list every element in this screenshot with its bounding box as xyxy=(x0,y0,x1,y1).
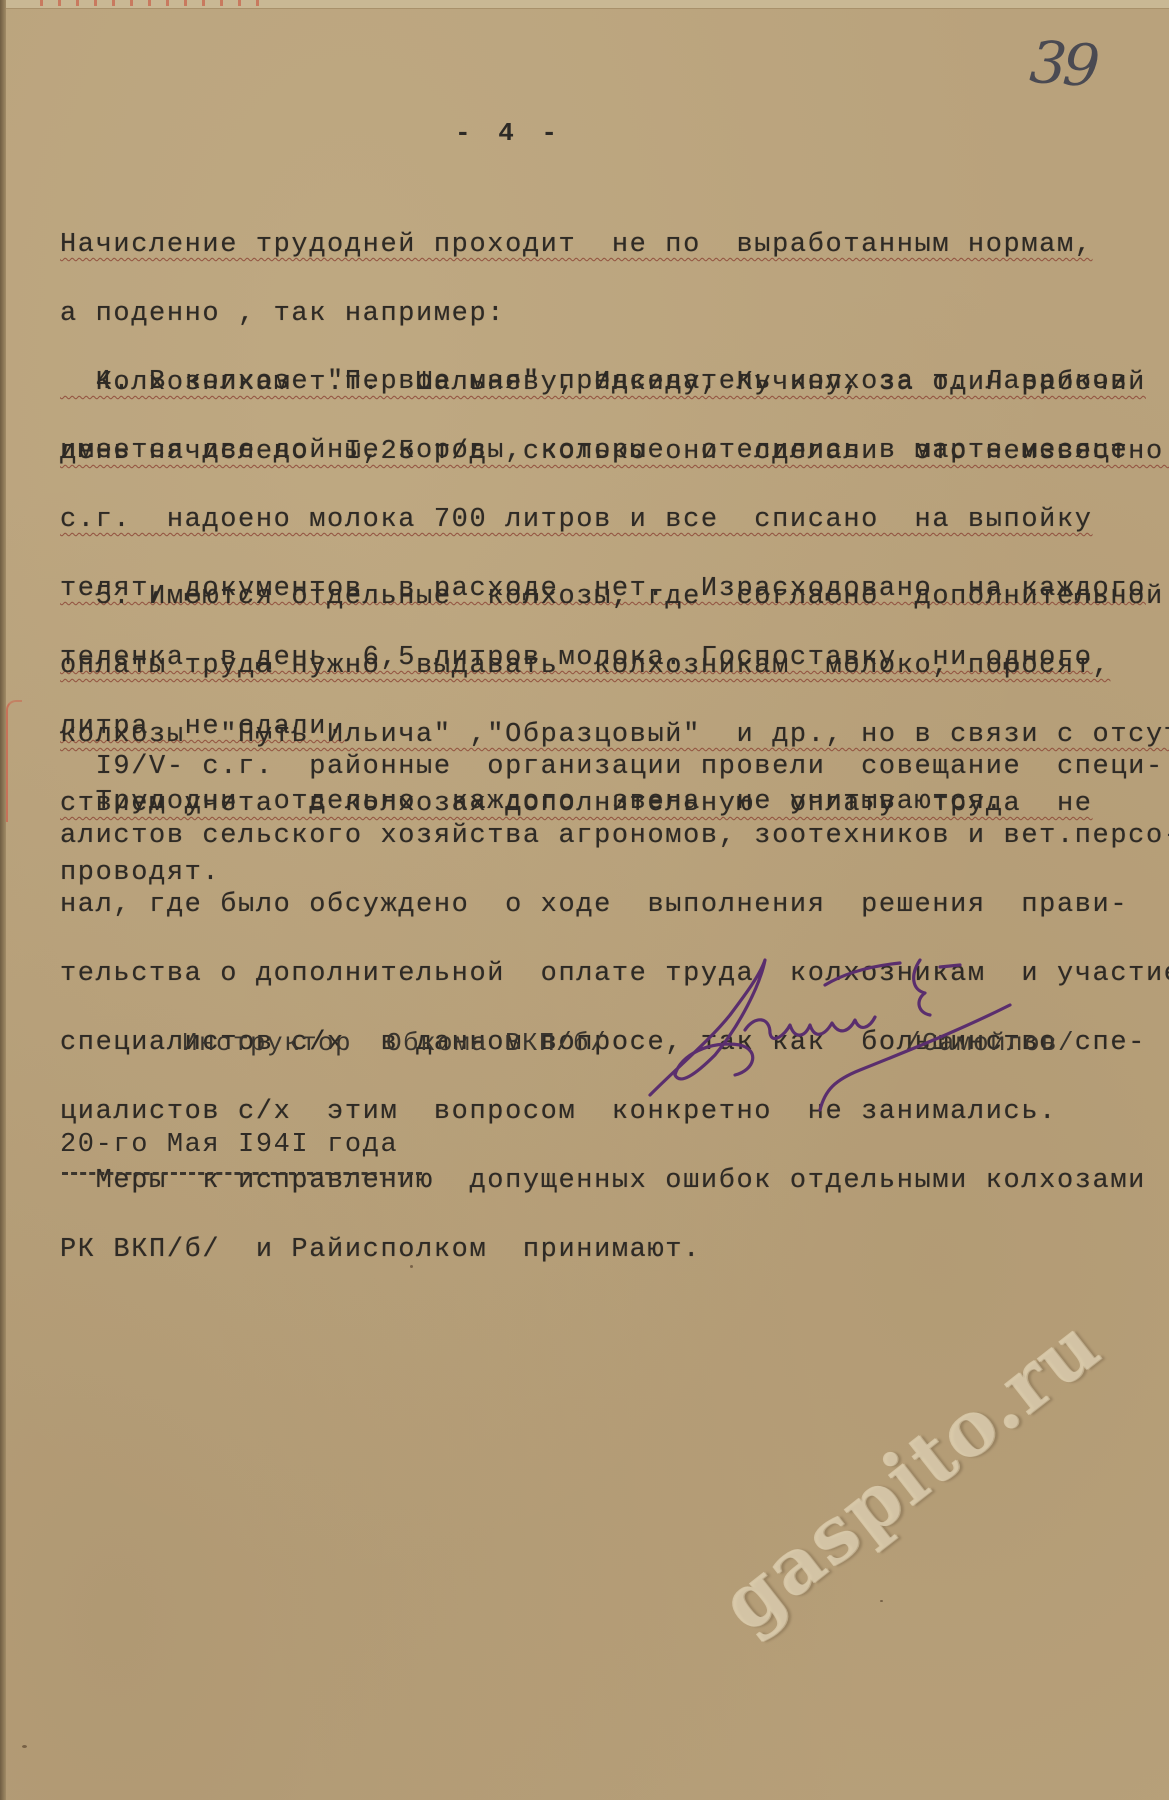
date-underline xyxy=(62,1172,422,1175)
binding-edge xyxy=(0,0,6,1800)
text-line: 5. Имеются отдельные колхозы, где соглас… xyxy=(60,586,1169,609)
document-date: 20-го Мая I94I года xyxy=(60,1130,398,1160)
text-line: 4. В колхозе "Первое мая" председатель к… xyxy=(60,371,1146,394)
embossed-watermark: gaspito.ru xyxy=(705,1300,1117,1649)
paper-speck xyxy=(22,1745,27,1748)
red-pencil-marks xyxy=(40,0,260,6)
page-number: - 4 - xyxy=(455,118,563,148)
text-line: оплаты труда нужно выдавать колхозникам … xyxy=(60,655,1169,678)
red-pencil-margin-bracket xyxy=(6,700,22,822)
text-line: с.г. надоено молока 700 литров и все спи… xyxy=(60,509,1146,532)
text-line: Начисление трудодней проходит не по выра… xyxy=(60,234,1169,257)
text-line: а поденно , так например: xyxy=(60,303,1169,326)
text-line: нал, где было обсуждено о ходе выполнени… xyxy=(60,894,1169,917)
text-line: РК ВКП/б/ и Райисполком принимают. xyxy=(60,1239,1169,1262)
top-edge-strip xyxy=(0,0,1169,9)
text-line: алистов сельского хозяйства агрономов, з… xyxy=(60,825,1169,848)
archive-folio-number: 39 xyxy=(1028,28,1098,100)
paper-speck xyxy=(880,1600,883,1602)
signatory-title: Инструктор Обкома ВКП/б/ xyxy=(182,1028,607,1058)
handwritten-signature xyxy=(620,945,1040,1115)
text-line: имеется две дойные коровы, которые отели… xyxy=(60,440,1146,463)
paper-speck xyxy=(410,1265,413,1268)
text-line: I9/V- с.г. районные организации провели … xyxy=(60,756,1169,779)
document-page: 39 - 4 - Начисление трудодней проходит н… xyxy=(0,0,1169,1800)
